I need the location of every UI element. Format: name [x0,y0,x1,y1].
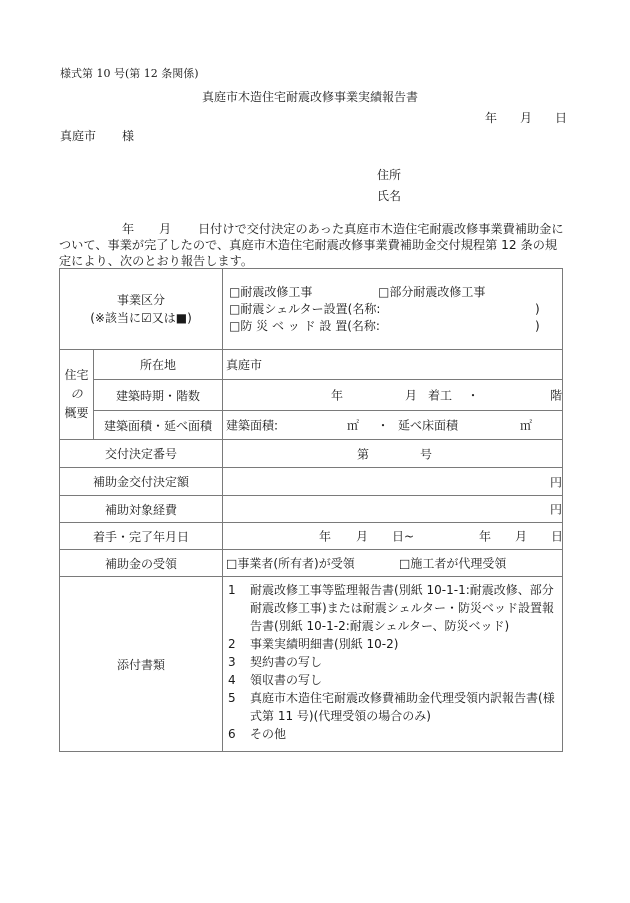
applicant-address-label: 住所 [377,166,401,183]
row-attachments: 添付書類 1耐震改修工事等監理報告書(別紙 10-1-1:耐震改修、部分耐震改修… [60,577,563,752]
row-period: 着手・完了年月日 年 月 日~ 年 月 日 [60,523,563,550]
row-eligible-cost: 補助対象経費 円 [60,496,563,523]
option-owner-receives[interactable]: □事業者(所有者)が受領 [226,555,355,572]
attachment-item: 1耐震改修工事等監理報告書(別紙 10-1-1:耐震改修、部分耐震改修工事)また… [228,581,562,635]
report-paragraph: 年 月 日付けで交付決定のあった真庭市木造住宅耐震改修事業費補助金に ついて、事… [59,221,564,269]
attachment-item: 4領収書の写し [228,671,562,689]
project-type-note: (※該当に☑又は■) [60,309,222,327]
area-value[interactable]: 建築面積: ㎡ ・ 延べ床面積 ㎡ [223,411,563,440]
eligible-cost-value[interactable]: 円 [223,496,563,523]
date-day-label: 日 [555,109,567,126]
row-grant-amount: 補助金交付決定額 円 [60,468,563,496]
report-form-table: 事業区分 (※該当に☑又は■) □耐震改修工事 □部分耐震改修工事 □耐震シェル… [59,268,563,752]
para-year: 年 [122,221,134,237]
date-year-label: 年 [485,109,497,126]
attachment-item: 5真庭市木造住宅耐震改修費補助金代理受領内訳報告書(様式第 11 号)(代理受領… [228,689,562,725]
document-title: 真庭市木造住宅耐震改修事業実績報告書 [202,88,418,105]
project-type-label-cell: 事業区分 (※該当に☑又は■) [60,269,223,350]
option-contractor-proxy[interactable]: □施工者が代理受領 [399,555,506,572]
applicant-name-label: 氏名 [377,187,401,204]
decision-number-label: 交付決定番号 [60,440,223,468]
row-area: 建築面積・延べ面積 建築面積: ㎡ ・ 延べ床面積 ㎡ [60,411,563,440]
project-type-options: □耐震改修工事 □部分耐震改修工事 □耐震シェルター設置(名称: ) □防 災 … [223,269,563,350]
row-location: 住宅 の 概要 所在地 真庭市 [60,350,563,380]
checkbox-icon[interactable]: □ [229,285,240,299]
checkbox-icon[interactable]: □ [399,557,410,571]
attachments-label: 添付書類 [60,577,223,752]
receipt-label: 補助金の受領 [60,550,223,577]
row-receipt: 補助金の受領 □事業者(所有者)が受領 □施工者が代理受領 [60,550,563,577]
receipt-options: □事業者(所有者)が受領 □施工者が代理受領 [223,550,563,577]
location-label: 所在地 [94,350,223,380]
row-project-type: 事業区分 (※該当に☑又は■) □耐震改修工事 □部分耐震改修工事 □耐震シェル… [60,269,563,350]
option-seismic-retrofit[interactable]: □耐震改修工事 [229,285,312,299]
period-value[interactable]: 年 月 日~ 年 月 日 [223,523,563,550]
option-disaster-bed[interactable]: □防 災 ベ ッ ド 設 置(名称: ) [226,318,562,335]
project-type-label: 事業区分 [60,291,222,309]
attachment-item: 2事業実績明細書(別紙 10-2) [228,635,562,653]
attachment-item: 3契約書の写し [228,653,562,671]
form-number: 様式第 10 号(第 12 条関係) [60,65,199,81]
option-shelter[interactable]: □耐震シェルター設置(名称: ) [226,301,562,318]
para-month: 月 [159,221,171,237]
area-label: 建築面積・延べ面積 [94,411,223,440]
para-line2: ついて、事業が完了したので、真庭市木造住宅耐震改修事業費補助金交付規程第 12 … [59,237,564,253]
checkbox-icon[interactable]: □ [229,302,240,316]
checkbox-icon[interactable]: □ [226,557,237,571]
grant-amount-label: 補助金交付決定額 [60,468,223,496]
row-decision-number: 交付決定番号 第 号 [60,440,563,468]
date-month-label: 月 [520,109,532,126]
period-label: 着手・完了年月日 [60,523,223,550]
addressee-city: 真庭市 [60,127,96,144]
checkbox-icon[interactable]: □ [229,319,240,333]
decision-number-value[interactable]: 第 号 [223,440,563,468]
location-value[interactable]: 真庭市 [223,350,563,380]
construction-label: 建築時期・階数 [94,380,223,411]
attachment-item: 6その他 [228,725,562,743]
construction-value[interactable]: 年 月 着工 ・ 階 [223,380,563,411]
checkbox-icon[interactable]: □ [378,285,389,299]
attachments-list: 1耐震改修工事等監理報告書(別紙 10-1-1:耐震改修、部分耐震改修工事)また… [223,577,563,752]
option-partial-retrofit[interactable]: □部分耐震改修工事 [378,284,485,301]
addressee-honorific: 様 [122,127,134,144]
grant-amount-value[interactable]: 円 [223,468,563,496]
para-line1: 日付けで交付決定のあった真庭市木造住宅耐震改修事業費補助金に [198,221,564,237]
para-line3: 定により、次のとおり報告します。 [59,253,564,269]
eligible-cost-label: 補助対象経費 [60,496,223,523]
house-overview-group-label: 住宅 の 概要 [60,350,94,440]
row-construction: 建築時期・階数 年 月 着工 ・ 階 [60,380,563,411]
